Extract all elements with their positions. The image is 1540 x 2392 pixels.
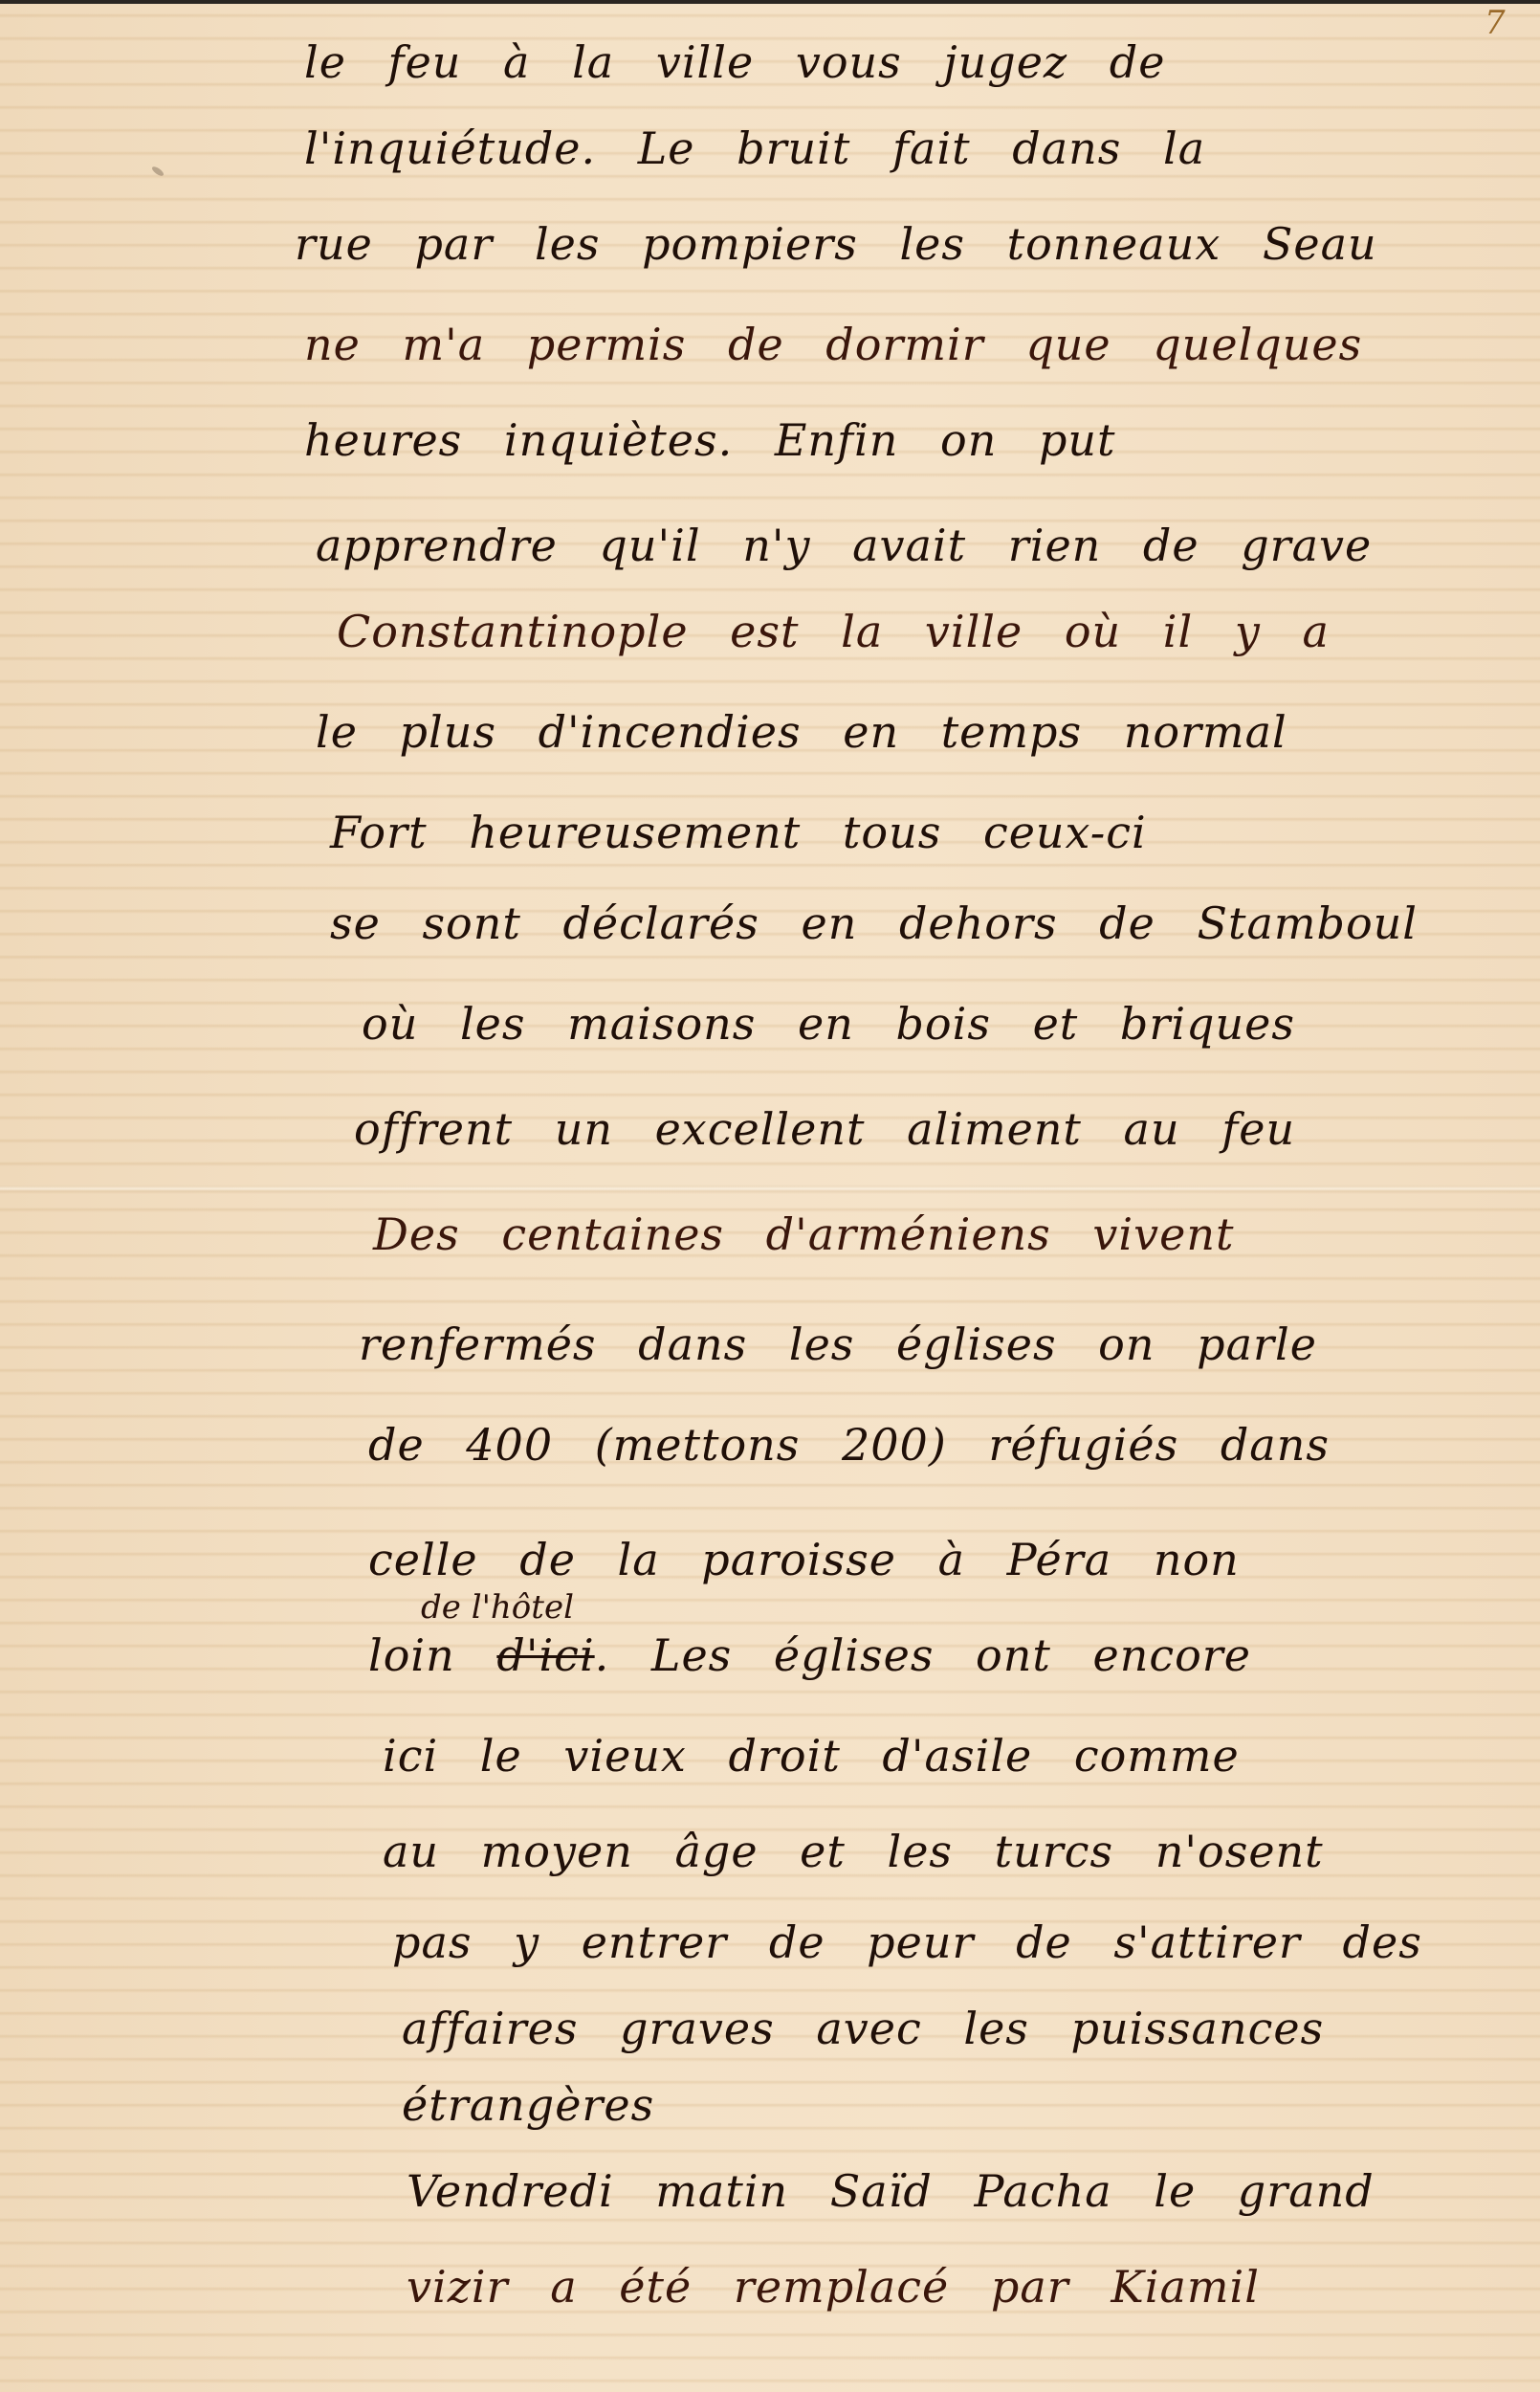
- letter-line-18: ici le vieux droit d'asile comme: [383, 1730, 1240, 1782]
- letter-line-12: offrent un excellent aliment au feu: [354, 1103, 1295, 1155]
- letter-line-9: Fort heureusement tous ceux-ci: [330, 807, 1147, 858]
- letter-line-13: Des centaines d'arméniens vivent: [373, 1208, 1234, 1260]
- letter-line-5: heures inquiètes. Enfin on put: [304, 414, 1116, 466]
- letter-line-7: Constantinople est la ville où il y a: [337, 606, 1330, 657]
- letter-line-19: au moyen âge et les turcs n'osent: [383, 1826, 1324, 1877]
- letter-line-17: loin d'ici. Les églises ont encore: [368, 1629, 1251, 1681]
- line-17-start: loin: [368, 1629, 455, 1681]
- letter-line-2: l'inquiétude. Le bruit fait dans la: [304, 122, 1205, 174]
- letter-line-4: ne m'a permis de dormir que quelques: [304, 319, 1362, 370]
- letter-line-21: affaires graves avec les puissances: [402, 2003, 1324, 2054]
- letter-line-22: étrangères: [402, 2079, 654, 2131]
- letter-body: le feu à la ville vous jugez de l'inquié…: [0, 0, 1540, 2392]
- letter-line-24: vizir a été remplacé par Kiamil: [407, 2261, 1260, 2313]
- struck-out-word: d'ici: [496, 1629, 594, 1681]
- letter-line-23: Vendredi matin Saïd Pacha le grand: [407, 2165, 1375, 2217]
- letter-line-15: de 400 (mettons 200) réfugiés dans: [368, 1419, 1330, 1471]
- letter-line-1: le feu à la ville vous jugez de: [304, 36, 1165, 88]
- letter-line-3: rue par les pompiers les tonneaux Seau: [295, 218, 1377, 270]
- letter-line-6: apprendre qu'il n'y avait rien de grave: [316, 520, 1372, 571]
- letter-line-10: se sont déclarés en dehors de Stamboul: [330, 897, 1418, 949]
- line-17-rest: . Les églises ont encore: [595, 1629, 1251, 1681]
- letter-line-14: renfermés dans les églises on parle: [359, 1318, 1317, 1370]
- letter-line-8: le plus d'incendies en temps normal: [316, 706, 1287, 758]
- letter-line-20: pas y entrer de peur de s'attirer des: [392, 1916, 1422, 1968]
- interlinear-correction: de l'hôtel: [421, 1588, 574, 1627]
- letter-line-16: celle de la paroisse à Péra non: [368, 1534, 1240, 1585]
- letter-line-11: où les maisons en bois et briques: [362, 998, 1295, 1050]
